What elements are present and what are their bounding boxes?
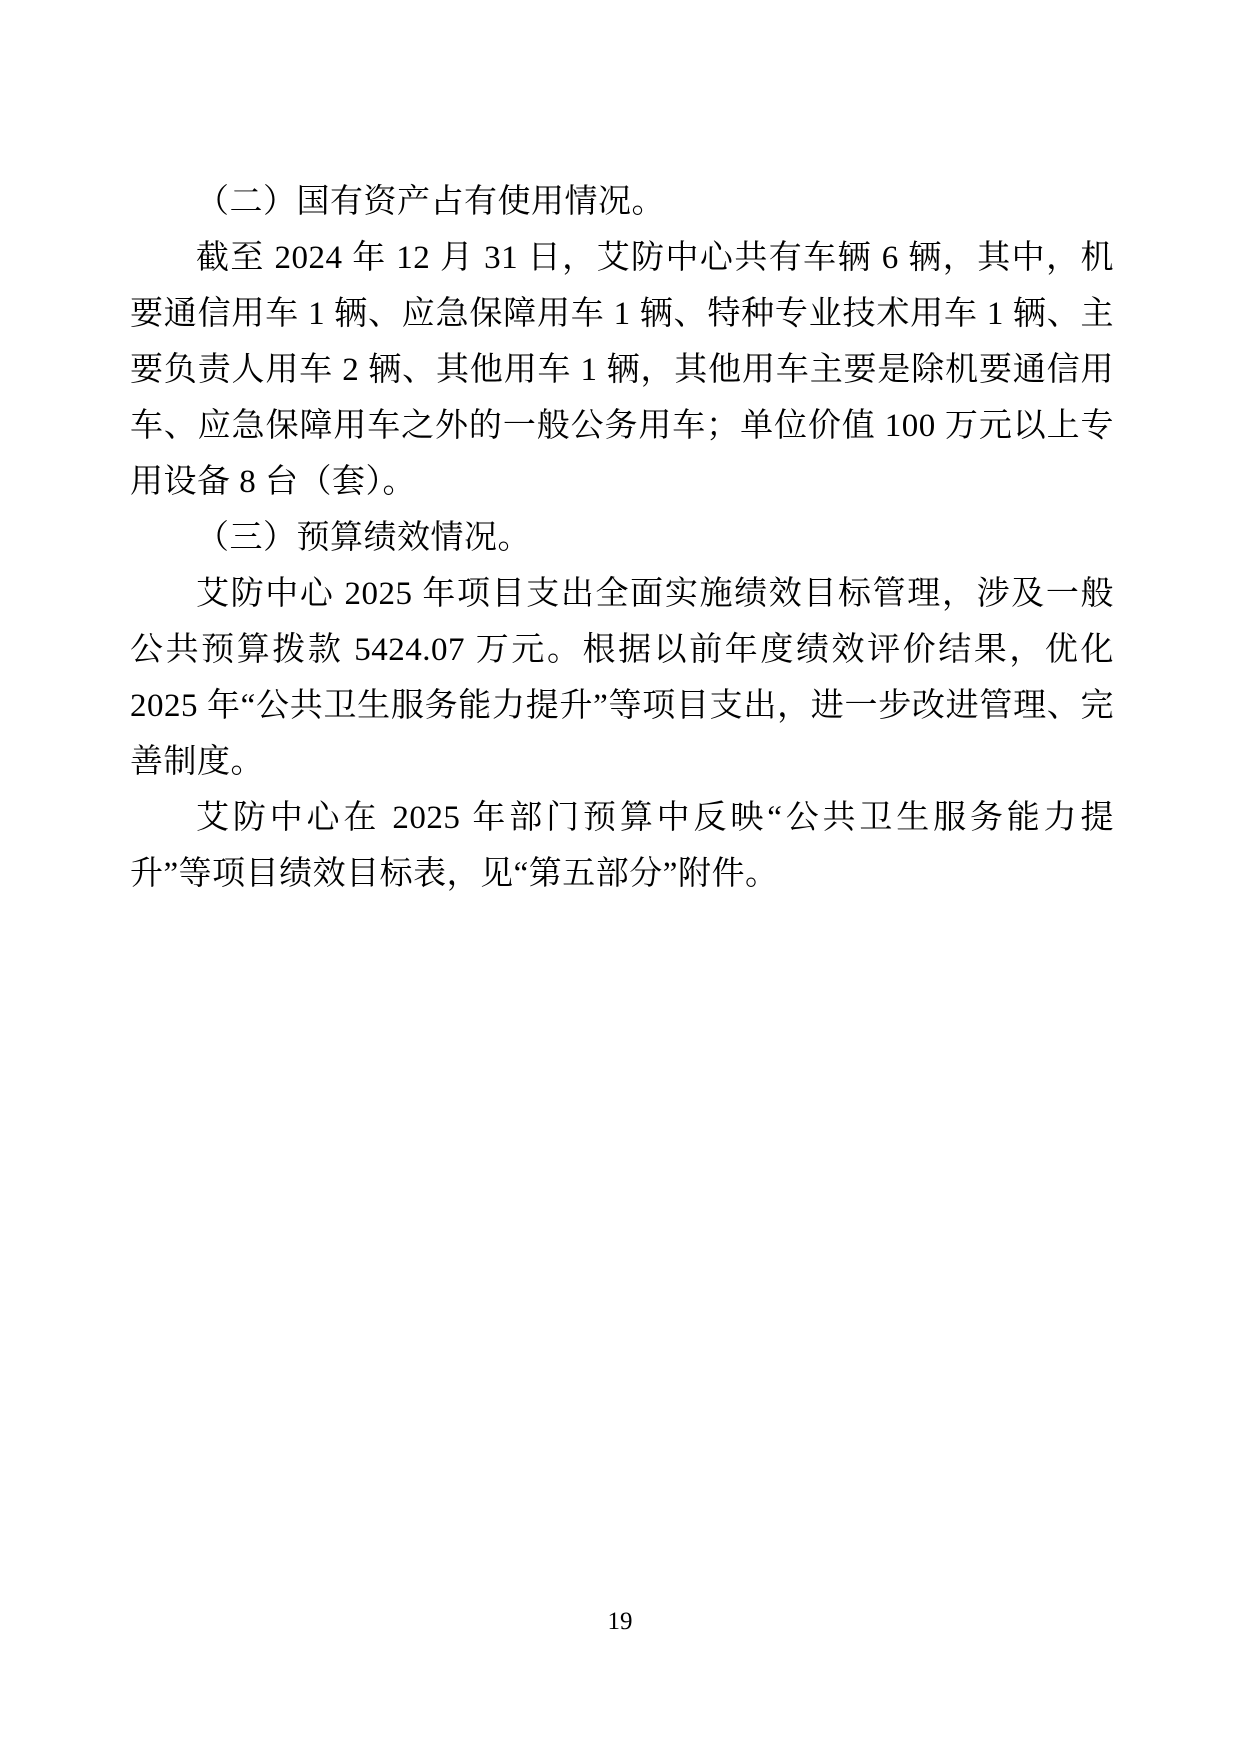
paragraph-state-assets: 截至 2024 年 12 月 31 日，艾防中心共有车辆 6 辆，其中，机要通信… bbox=[130, 230, 1114, 510]
section-heading-state-assets: （二）国有资产占有使用情况。 bbox=[130, 174, 1114, 230]
paragraph-budget-performance-1: 艾防中心 2025 年项目支出全面实施绩效目标管理，涉及一般公共预算拨款 542… bbox=[130, 566, 1114, 790]
document-page: （二）国有资产占有使用情况。 截至 2024 年 12 月 31 日，艾防中心共… bbox=[0, 0, 1240, 1754]
document-content: （二）国有资产占有使用情况。 截至 2024 年 12 月 31 日，艾防中心共… bbox=[130, 174, 1114, 902]
page-number: 19 bbox=[0, 1608, 1240, 1636]
section-heading-budget-performance: （三）预算绩效情况。 bbox=[130, 510, 1114, 566]
paragraph-budget-performance-2: 艾防中心在 2025 年部门预算中反映“公共卫生服务能力提升”等项目绩效目标表，… bbox=[130, 790, 1114, 902]
